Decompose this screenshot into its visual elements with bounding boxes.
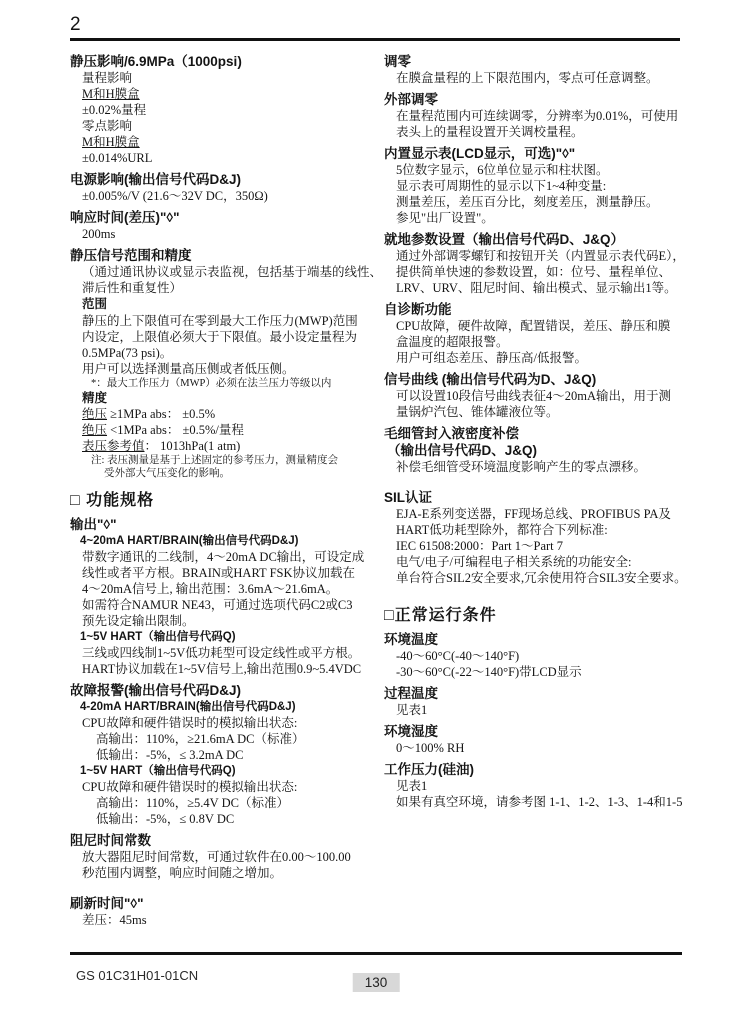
left-column: 静压影响/6.9MPa（1000psi)量程影响M和H膜盒±0.02%量程零点影… (70, 48, 373, 928)
underlined-term: M和H膜盒 (82, 87, 140, 101)
section-heading: 故障报警(输出信号代码D&J) (70, 682, 373, 699)
underlined-term: 表压参考值 (82, 439, 145, 453)
section-heading: 内置显示表(LCD显示，可选)"◊" (384, 145, 682, 162)
section-heading: 阻尼时间常数 (70, 832, 373, 849)
footer-rule (70, 952, 682, 955)
subsection-heading: 1~5V HART（输出信号代码Q) (80, 629, 373, 645)
body-line: ±0.02%量程 (82, 102, 373, 118)
section-heading: 就地参数设置（输出信号代码D、J&Q） (384, 231, 682, 248)
indented-body-line: 高输出：110%，≥5.4V DC（标准） (96, 795, 373, 811)
body-line: 内设定，上限值必须大于下限值。最小设定量程为 (82, 329, 373, 345)
body-line: 绝压 <1MPa abs： ±0.5%/量程 (82, 422, 373, 438)
page-number: 2 (70, 14, 680, 36)
body-line: 零点影响 (82, 118, 373, 134)
body-line: 如果有真空环境，请参考图 1-1、1-2、1-3、1-4和1-5。 (396, 794, 682, 810)
body-line: 滞后性和重复性） (82, 280, 373, 296)
body-line: 4～20mA信号上, 输出范围：3.6mA～21.6mA。 (82, 581, 373, 597)
header-rule (70, 38, 680, 41)
bold-body-label: 精度 (82, 390, 373, 407)
indented-body-line: 低输出：-5%，≤ 3.2mA DC (96, 747, 373, 763)
body-line: 可以设置10段信号曲线表征4～20mA输出，用于测 (396, 388, 682, 404)
section-heading: 自诊断功能 (384, 301, 682, 318)
body-line: ±0.005%/V (21.6～32V DC，350Ω) (82, 188, 373, 204)
body-line: 参见"出厂设置"。 (396, 210, 682, 226)
body-line: 量锅炉汽包、锥体罐液位等。 (396, 404, 682, 420)
indented-body-line: 高输出：110%，≥21.6mA DC（标准） (96, 731, 373, 747)
body-line: 显示表可周期性的显示以下1~4种变量: (396, 178, 682, 194)
subsection-heading: 1~5V HART（输出信号代码Q) (80, 763, 373, 779)
vertical-gap (384, 475, 682, 484)
note-line: *：最大工作压力（MWP）必须在法兰压力等级以内 (91, 377, 373, 390)
section-heading: 刷新时间"◊" (70, 895, 373, 912)
section-heading: 毛细管封入液密度补偿 (384, 425, 682, 442)
body-line: HART协议加载在1~5V信号上,输出范围0.9~5.4VDC (82, 661, 373, 677)
section-heading: 环境湿度 (384, 723, 682, 740)
note-continuation-line: 受外部大气压变化的影响。 (104, 467, 373, 480)
body-line: 如需符合NAMUR NE43，可通过选项代码C2或C3 (82, 597, 373, 613)
page-number-badge: 130 (353, 973, 400, 992)
section-heading: 响应时间(差压)"◊" (70, 209, 373, 226)
body-line: 表压参考值： 1013hPa(1 atm) (82, 438, 373, 454)
content-columns: 静压影响/6.9MPa（1000psi)量程影响M和H膜盒±0.02%量程零点影… (70, 48, 682, 928)
body-line: 提供简单快速的参数设置，如：位号、量程单位、 (396, 264, 682, 280)
body-line: 在膜盒量程的上下限范围内，零点可任意调整。 (396, 70, 682, 86)
body-line: HART低功耗型除外，都符合下列标准: (396, 522, 682, 538)
body-line: 5位数字显示，6位单位显示和柱状图。 (396, 162, 682, 178)
body-line: EJA-E系列变送器，FF现场总线、PROFIBUS PA及 (396, 506, 682, 522)
body-line: 通过外部调零螺钉和按钮开关（内置显示表代码E）， (396, 248, 682, 264)
note-line: 注: 表压测量是基于上述固定的参考压力，测量精度会 (91, 454, 373, 467)
body-line: 静压的上下限值可在零到最大工作压力(MWP)范围 (82, 313, 373, 329)
bold-body-label: 范围 (82, 296, 373, 313)
vertical-gap (384, 586, 682, 595)
body-line: 预先设定输出限制。 (82, 613, 373, 629)
section-heading: 静压信号范围和精度 (70, 247, 373, 264)
section-heading: 工作压力(硅油) (384, 761, 682, 778)
body-line: 补偿毛细管受环境温度影响产生的零点漂移。 (396, 459, 682, 475)
body-line: 三线或四线制1~5V低功耗型可设定线性或平方根。 (82, 645, 373, 661)
body-line: CPU故障，硬件故障，配置错误，差压、静压和膜 (396, 318, 682, 334)
body-line: -30～60°C(-22～140°F)带LCD显示 (396, 664, 682, 680)
body-line: 线性或者平方根。BRAIN或HART FSK协议加载在 (82, 565, 373, 581)
body-line: 量程影响 (82, 70, 373, 86)
footer-row: GS 01C31H01-01CN 130 (70, 968, 682, 992)
body-line: 在量程范围内可连续调零，分辨率为0.01%，可使用 (396, 108, 682, 124)
document-page: 2 静压影响/6.9MPa（1000psi)量程影响M和H膜盒±0.02%量程零… (0, 0, 750, 1018)
subsection-heading: 4-20mA HART/BRAIN(输出信号代码D&J) (80, 699, 373, 715)
section-heading: 静压影响/6.9MPa（1000psi) (70, 53, 373, 70)
body-line: 绝压 ≥1MPa abs： ±0.5% (82, 406, 373, 422)
underlined-term: M和H膜盒 (82, 135, 140, 149)
document-code: GS 01C31H01-01CN (76, 968, 198, 983)
body-line: 用户可以选择测量高压侧或者低压侧。 (82, 361, 373, 377)
group-heading: □ 功能规格 (70, 491, 373, 511)
body-line: 表头上的量程设置开关调校量程。 (396, 124, 682, 140)
group-heading: □正常运行条件 (384, 606, 682, 626)
body-line: CPU故障和硬件错误时的模拟输出状态: (82, 779, 373, 795)
body-line: 见表1 (396, 702, 682, 718)
body-line: CPU故障和硬件错误时的模拟输出状态: (82, 715, 373, 731)
body-line: 200ms (82, 226, 373, 242)
body-line: M和H膜盒 (82, 86, 373, 102)
body-line: 测量差压，差压百分比，刻度差压，测量静压。 (396, 194, 682, 210)
section-heading: 过程温度 (384, 685, 682, 702)
body-line: 电气/电子/可编程电子相关系统的功能安全: (396, 554, 682, 570)
body-line: IEC 61508:2000：Part 1～Part 7 (396, 538, 682, 554)
body-line: 单台符合SIL2安全要求,冗余使用符合SIL3安全要求。 (396, 570, 682, 586)
underlined-term: 绝压 (82, 423, 107, 437)
body-line: （通过通讯协议或显示表监视，包括基于端基的线性、 (82, 264, 373, 280)
section-heading-continued: （输出信号代码D、J&Q) (387, 442, 682, 459)
section-heading: 环境温度 (384, 631, 682, 648)
indented-body-line: 低输出：-5%，≤ 0.8V DC (96, 811, 373, 827)
body-line: 秒范围内调整，响应时间随之增加。 (82, 865, 373, 881)
page-header: 2 (70, 14, 680, 41)
body-line: 放大器阻尼时间常数，可通过软件在0.00～100.00 (82, 849, 373, 865)
body-line: ±0.014%URL (82, 150, 373, 166)
body-line: 盒温度的超限报警。 (396, 334, 682, 350)
body-line: M和H膜盒 (82, 134, 373, 150)
vertical-gap (70, 881, 373, 890)
underlined-term: 绝压 (82, 407, 107, 421)
body-line: 用户可组态差压、静压高/低报警。 (396, 350, 682, 366)
body-line: 见表1 (396, 778, 682, 794)
subsection-heading: 4~20mA HART/BRAIN(输出信号代码D&J) (80, 533, 373, 549)
section-heading: SIL认证 (384, 489, 682, 506)
section-heading: 信号曲线 (输出信号代码为D、J&Q) (384, 371, 682, 388)
section-heading: 电源影响(输出信号代码D&J) (70, 171, 373, 188)
body-line: -40～60°C(-40～140°F) (396, 648, 682, 664)
body-line: 0～100% RH (396, 740, 682, 756)
right-column: 调零在膜盒量程的上下限范围内，零点可任意调整。外部调零在量程范围内可连续调零，分… (384, 48, 682, 928)
body-line: 0.5MPa(73 psi)。 (82, 345, 373, 361)
body-line: 差压：45ms (82, 912, 373, 928)
section-heading: 外部调零 (384, 91, 682, 108)
body-line: LRV、URV、阻尼时间、输出模式、显示输出1等。 (396, 280, 682, 296)
section-heading: 输出"◊" (70, 516, 373, 533)
page-footer: GS 01C31H01-01CN 130 (70, 952, 682, 992)
section-heading: 调零 (384, 53, 682, 70)
body-line: 带数字通讯的二线制，4～20mA DC输出，可设定成 (82, 549, 373, 565)
